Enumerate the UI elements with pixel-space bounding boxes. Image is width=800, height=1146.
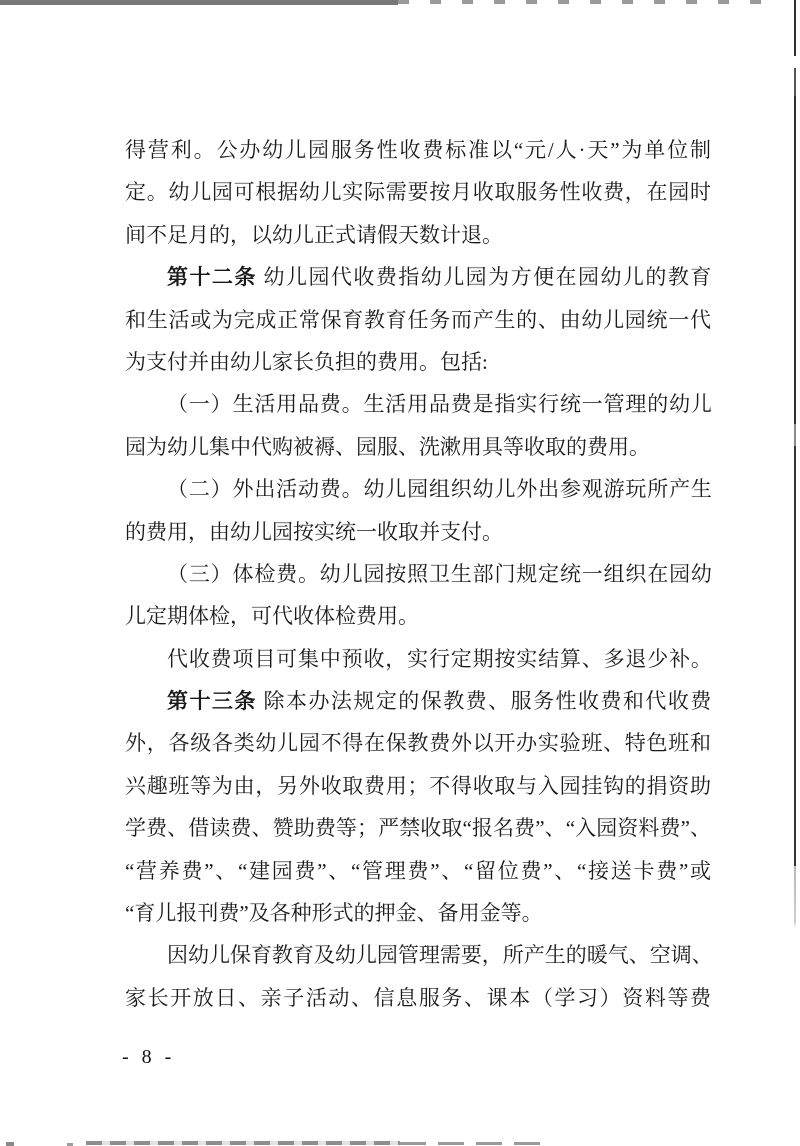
text-run: （一）生活用品费。生活用品费是指实行统一管理的幼儿 — [167, 392, 711, 416]
text-line: 得营利。公办幼儿园服务性收费标准以“元/人·天”为单位制 — [125, 129, 711, 171]
text-line: 第十二条 幼儿园代收费指幼儿园为方便在园幼儿的教育 — [125, 256, 711, 298]
text-line: 因幼儿保育教育及幼儿园管理需要，所产生的暖气、空调、 — [125, 934, 711, 976]
text-run: 除本办法规定的保教费、服务性收费和代收费 — [257, 689, 711, 713]
scanned-document-page: 得营利。公办幼儿园服务性收费标准以“元/人·天”为单位制定。幼儿园可根据幼儿实际… — [0, 0, 800, 1146]
scan-artifact-bottom-dashes-right — [400, 1142, 540, 1145]
document-text: 得营利。公办幼儿园服务性收费标准以“元/人·天”为单位制定。幼儿园可根据幼儿实际… — [125, 129, 711, 1019]
text-line: “营养费”、“建园费”、“管理费”、“留位费”、“接送卡费”或 — [125, 850, 711, 892]
text-line: 第十三条 除本办法规定的保教费、服务性收费和代收费 — [125, 680, 711, 722]
text-line: “育儿报刊费”及各种形式的押金、备用金等。 — [125, 892, 711, 934]
text-run: 儿定期体检，可代收体检费用。 — [125, 604, 419, 628]
scan-artifact-bottom-dot — [6, 1142, 14, 1146]
text-line: 兴趣班等为由，另外收取费用；不得收取与入园挂钩的捐资助 — [125, 765, 711, 807]
text-line: 园为幼儿集中代购被褥、园服、洗漱用具等收取的费用。 — [125, 426, 711, 468]
text-run: 幼儿园代收费指幼儿园为方便在园幼儿的教育 — [257, 265, 711, 289]
text-run: （二）外出活动费。幼儿园组织幼儿外出参观游玩所产生 — [167, 477, 711, 501]
article-heading-run: 第十二条 — [167, 265, 257, 289]
text-run: 的费用，由幼儿园按实统一收取并支付。 — [125, 520, 503, 544]
text-line: 学费、借读费、赞助费等；严禁收取“报名费”、“入园资料费”、 — [125, 807, 711, 849]
text-line: （二）外出活动费。幼儿园组织幼儿外出参观游玩所产生 — [125, 468, 711, 510]
text-run: 为支付并由幼儿家长负担的费用。包括: — [125, 350, 488, 374]
text-run: 家长开放日、亲子活动、信息服务、课本（学习）资料等费用， — [125, 986, 711, 1019]
text-line: 外，各级各类幼儿园不得在保教费外以开办实验班、特色班和 — [125, 722, 711, 764]
scan-artifact-bottom-dashes — [86, 1141, 400, 1145]
text-run: 外，各级各类幼儿园不得在保教费外以开办实验班、特色班和 — [125, 731, 711, 755]
text-line: 家长开放日、亲子活动、信息服务、课本（学习）资料等费用， — [125, 977, 711, 1019]
text-run: “营养费”、“建园费”、“管理费”、“留位费”、“接送卡费”或 — [125, 859, 711, 883]
text-run: 和生活或为完成正常保育教育任务而产生的、由幼儿园统一代 — [125, 308, 711, 332]
article-heading-run: 第十三条 — [167, 689, 257, 713]
text-run: （三）体检费。幼儿园按照卫生部门规定统一组织在园幼 — [167, 562, 711, 586]
scan-artifact-top-band — [0, 0, 398, 5]
text-line: 和生活或为完成正常保育教育任务而产生的、由幼儿园统一代 — [125, 299, 711, 341]
text-line: 儿定期体检，可代收体检费用。 — [125, 595, 711, 637]
text-line: （三）体检费。幼儿园按照卫生部门规定统一组织在园幼 — [125, 553, 711, 595]
page-number: - 8 - — [122, 1046, 173, 1069]
scan-artifact-top-dashes — [398, 0, 772, 4]
text-line: 为支付并由幼儿家长负担的费用。包括: — [125, 341, 711, 383]
text-line: 的费用，由幼儿园按实统一收取并支付。 — [125, 511, 711, 553]
text-run: 兴趣班等为由，另外收取费用；不得收取与入园挂钩的捐资助 — [125, 774, 711, 798]
text-line: （一）生活用品费。生活用品费是指实行统一管理的幼儿 — [125, 383, 711, 425]
text-line: 定。幼儿园可根据幼儿实际需要按月收取服务性收费，在园时 — [125, 171, 711, 213]
text-run: 得营利。公办幼儿园服务性收费标准以“元/人·天”为单位制 — [125, 138, 711, 162]
text-run: 园为幼儿集中代购被褥、园服、洗漱用具等收取的费用。 — [125, 435, 650, 459]
text-run: 学费、借读费、赞助费等；严禁收取“报名费”、“入园资料费”、 — [125, 816, 711, 840]
text-run: “育儿报刊费”及各种形式的押金、备用金等。 — [125, 901, 543, 925]
text-run: 因幼儿保育教育及幼儿园管理需要，所产生的暖气、空调、 — [167, 943, 711, 967]
scan-artifact-right-edge-line — [794, 0, 796, 928]
text-run: 代收费项目可集中预收，实行定期按实结算、多退少补。 — [167, 647, 711, 671]
text-line: 代收费项目可集中预收，实行定期按实结算、多退少补。 — [125, 638, 711, 680]
text-run: 间不足月的，以幼儿正式请假天数计退。 — [125, 223, 503, 247]
text-line: 间不足月的，以幼儿正式请假天数计退。 — [125, 214, 711, 256]
text-run: 定。幼儿园可根据幼儿实际需要按月收取服务性收费，在园时 — [125, 180, 711, 204]
